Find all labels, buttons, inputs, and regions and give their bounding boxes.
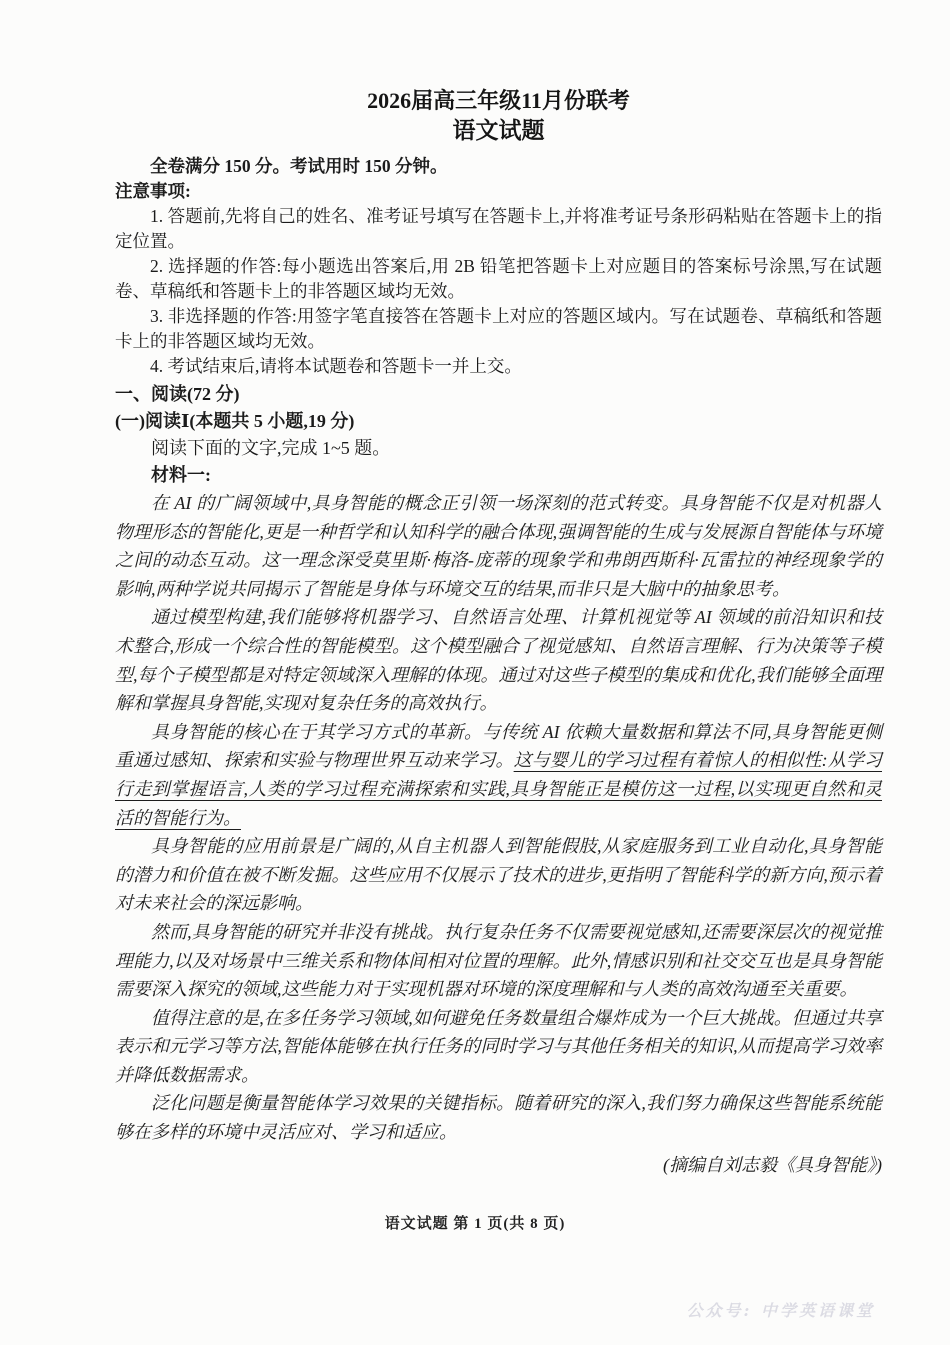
source-attribution: (摘编自刘志毅《具身智能》) — [115, 1151, 882, 1179]
material1-body: 在 AI 的广阔领域中,具身智能的概念正引领一场深刻的范式转变。具身智能不仅是对… — [115, 489, 882, 1147]
material1-paragraph-7: 泛化问题是衡量智能体学习效果的关键指标。随着研究的深入,我们努力确保这些智能系统… — [115, 1089, 882, 1146]
material1-label: 材料一: — [115, 462, 882, 489]
section-reading-heading: 一、阅读(72 分) — [115, 381, 882, 408]
exam-title: 2026届高三年级11月份联考 — [115, 86, 882, 115]
watermark-text: 公众号: 中学英语课堂 — [687, 1298, 875, 1321]
notice-item-1: 1. 答题前,先将自己的姓名、准考证号填写在答题卡上,并将准考证号条形码粘贴在答… — [115, 204, 882, 254]
part1-instruction: 阅读下面的文字,完成 1~5 题。 — [115, 435, 882, 462]
material1-paragraph-2: 通过模型构建,我们能够将机器学习、自然语言处理、计算机视觉等 AI 领域的前沿知… — [115, 603, 882, 717]
material1-paragraph-3: 具身智能的核心在于其学习方式的革新。与传统 AI 依赖大量数据和算法不同,具身智… — [115, 718, 882, 832]
page-footer: 语文试题 第 1 页(共 8 页) — [0, 1212, 950, 1233]
notice-item-3: 3. 非选择题的作答:用签字笔直接答在答题卡上对应的答题区域内。写在试题卷、草稿… — [115, 304, 882, 354]
exam-paper-page: 2026届高三年级11月份联考 语文试题 全卷满分 150 分。考试用时 150… — [0, 0, 950, 1345]
material1-paragraph-1: 在 AI 的广阔领域中,具身智能的概念正引领一场深刻的范式转变。具身智能不仅是对… — [115, 489, 882, 603]
notice-item-2: 2. 选择题的作答:每小题选出答案后,用 2B 铅笔把答题卡上对应题目的答案标号… — [115, 254, 882, 304]
notice-item-4: 4. 考试结束后,请将本试题卷和答题卡一并上交。 — [115, 354, 882, 379]
part1-heading: (一)阅读Ⅰ(本题共 5 小题,19 分) — [115, 408, 882, 435]
material1-paragraph-5: 然而,具身智能的研究并非没有挑战。执行复杂任务不仅需要视觉感知,还需要深层次的视… — [115, 918, 882, 1004]
exam-info-line: 全卷满分 150 分。考试用时 150 分钟。 — [115, 153, 882, 179]
material1-paragraph-4: 具身智能的应用前景是广阔的,从自主机器人到智能假肢,从家庭服务到工业自动化,具身… — [115, 832, 882, 918]
exam-subtitle: 语文试题 — [115, 115, 882, 146]
notice-heading: 注意事项: — [115, 179, 882, 204]
material1-paragraph-6: 值得注意的是,在多任务学习领域,如何避免任务数量组合爆炸成为一个巨大挑战。但通过… — [115, 1004, 882, 1090]
